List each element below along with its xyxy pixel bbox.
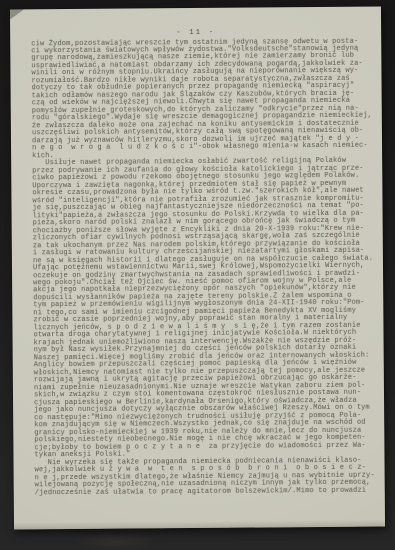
document-text: ciw Żydom,pozostawiając wreszcie tym ost…	[31, 38, 375, 497]
page-number: - 11 -	[10, 28, 381, 39]
scanned-page: - 11 - ciw Żydom,pozostawiając wreszcie …	[10, 7, 385, 530]
scanner-background: - 11 - ciw Żydom,pozostawiając wreszcie …	[0, 0, 395, 550]
text-line: /jednocześnie zaś ułatwia to pracę agita…	[35, 487, 375, 497]
